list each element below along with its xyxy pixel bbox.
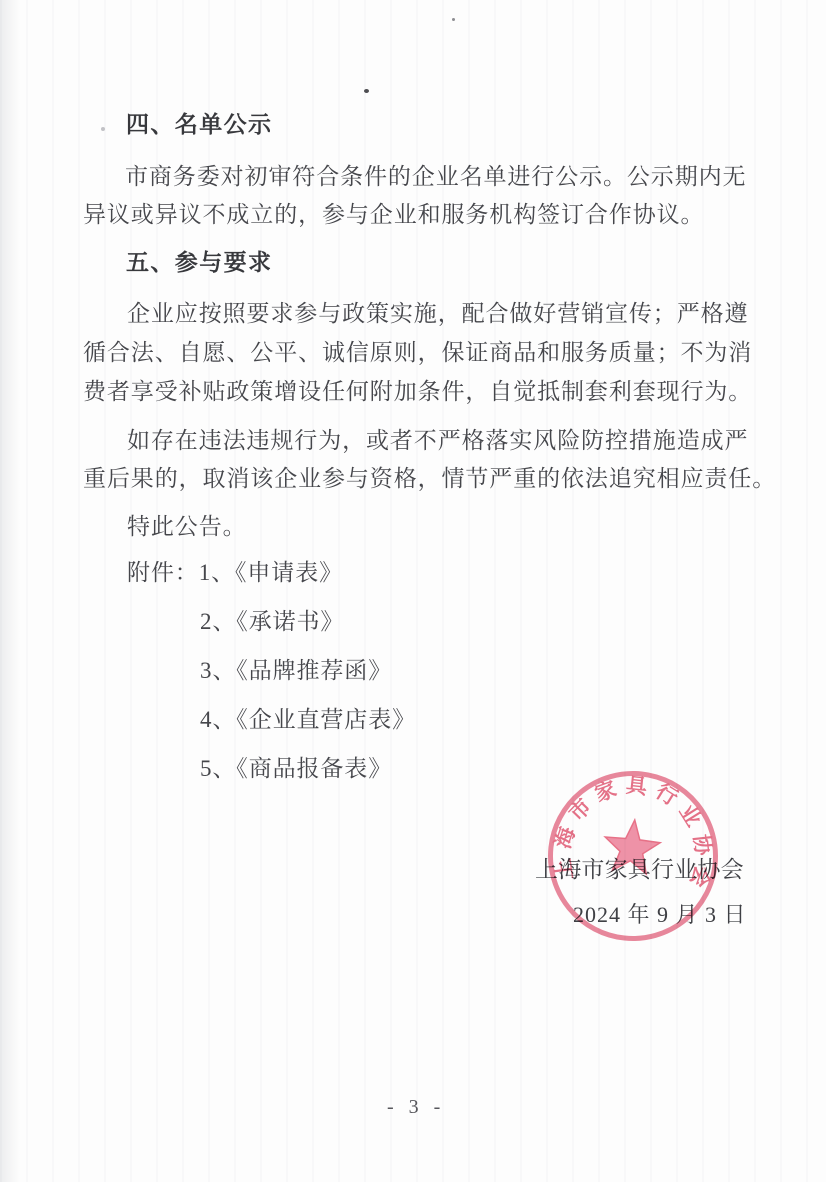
attachment-item: 2、《承诺书》 bbox=[200, 609, 344, 634]
closing-statement: 特此公告。 bbox=[127, 514, 247, 539]
document-page: 四、名单公示 市商务委对初审符合条件的企业名单进行公示。公示期内无 异议或异议不… bbox=[0, 0, 826, 1182]
section-5-paragraph2-line: 如存在违法违规行为，或者不严格落实风险防控措施造成严 bbox=[127, 428, 748, 453]
section-5-paragraph1-line: 费者享受补贴政策增设任何附加条件，自觉抵制套利套现行为。 bbox=[83, 379, 752, 404]
section-5-paragraph1-line: 企业应按照要求参与政策实施，配合做好营销宣传；严格遵 bbox=[127, 301, 748, 326]
signature-org: 上海市家具行业协会 bbox=[535, 857, 744, 882]
section-4-heading: 四、名单公示 bbox=[126, 112, 272, 137]
scan-speck bbox=[364, 89, 369, 93]
section-5-paragraph2-line: 重后果的，取消该企业参与资格，情节严重的依法追究相应责任。 bbox=[83, 466, 776, 491]
attachment-item: 1、《申请表》 bbox=[199, 560, 343, 585]
section-5-heading: 五、参与要求 bbox=[126, 250, 272, 275]
attachments-label: 附件： bbox=[127, 560, 199, 585]
section-4-paragraph-line: 异议或异议不成立的，参与企业和服务机构签订合作协议。 bbox=[83, 202, 704, 227]
section-5-paragraph1-line: 循合法、自愿、公平、诚信原则，保证商品和服务质量；不为消 bbox=[83, 340, 752, 365]
attachment-item: 4、《企业直营店表》 bbox=[200, 707, 416, 732]
scan-speck bbox=[101, 127, 105, 131]
attachment-item: 3、《品牌推荐函》 bbox=[200, 658, 392, 683]
attachments-line: 附件：1、《申请表》 bbox=[127, 560, 343, 585]
scan-speck bbox=[452, 18, 455, 21]
section-4-paragraph-line: 市商务委对初审符合条件的企业名单进行公示。公示期内无 bbox=[125, 164, 746, 189]
signature-date: 2024 年 9 月 3 日 bbox=[573, 903, 747, 927]
page-number: - 3 - bbox=[387, 1096, 445, 1118]
official-seal: 上海市家具行业协会 bbox=[529, 752, 738, 961]
attachment-item: 5、《商品报备表》 bbox=[200, 756, 392, 781]
